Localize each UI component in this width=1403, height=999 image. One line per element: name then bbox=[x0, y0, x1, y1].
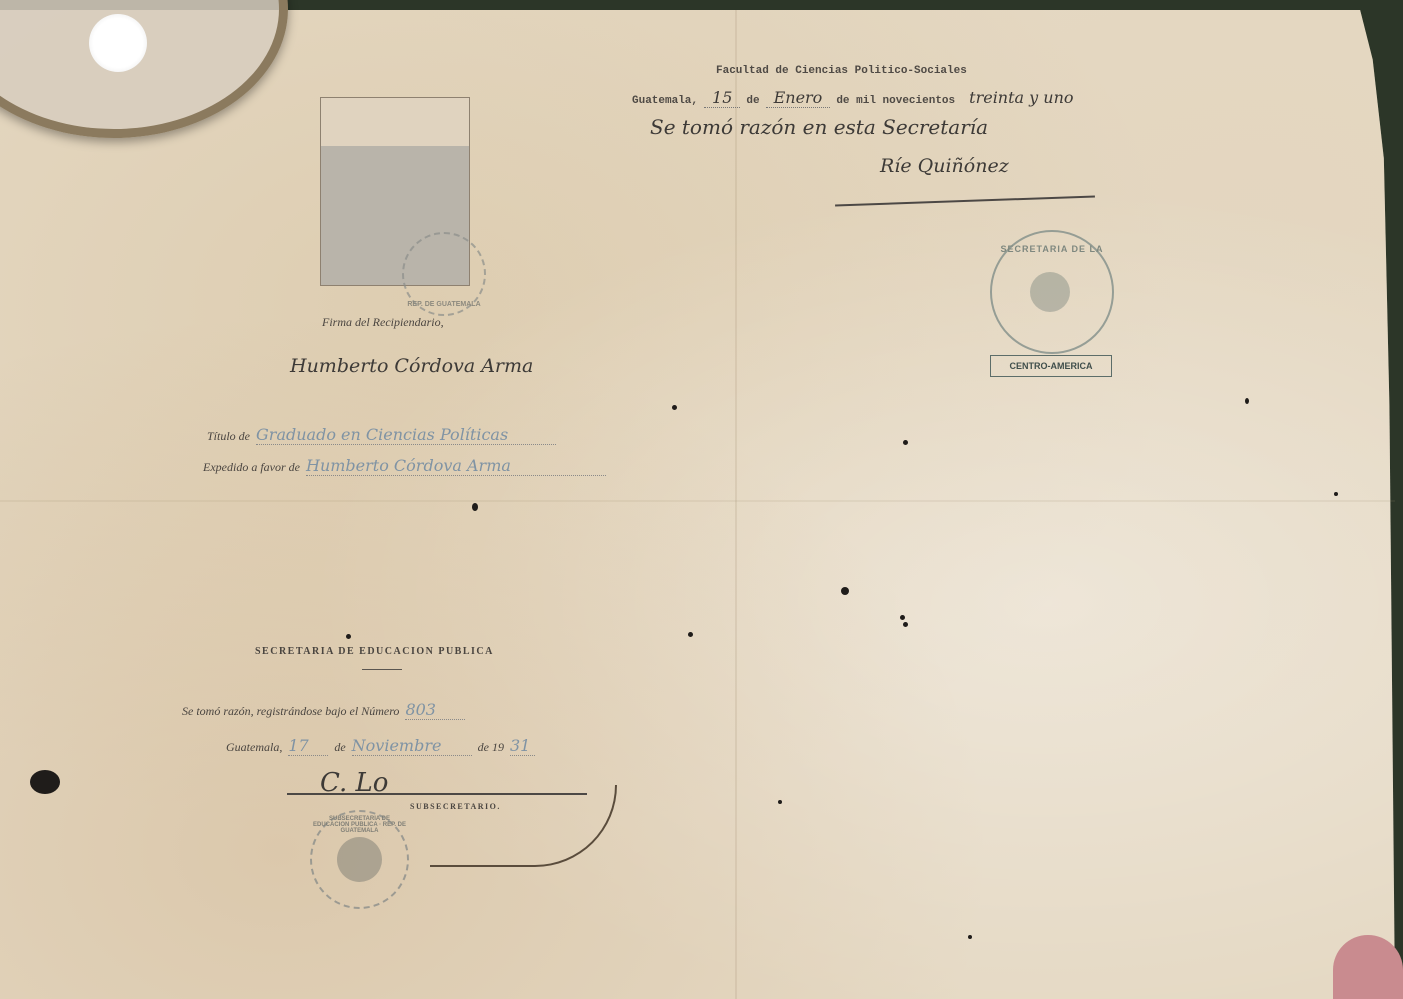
coat-of-arms-icon bbox=[1030, 272, 1070, 312]
date-city: Guatemala, bbox=[632, 95, 698, 107]
ink-spot bbox=[672, 405, 677, 410]
ink-spot bbox=[1245, 398, 1249, 404]
numero-value: 803 bbox=[405, 700, 465, 720]
seal-text: SECRETARIA DE LA bbox=[992, 244, 1112, 254]
expedido-label: Expedido a favor de bbox=[203, 460, 300, 475]
date-de-1: de bbox=[746, 95, 759, 107]
fecha-de-1: de bbox=[334, 740, 345, 755]
ink-spot bbox=[1334, 492, 1338, 496]
registry-signature: Ríe Quiñónez bbox=[880, 155, 1009, 177]
fecha-day: 17 bbox=[288, 736, 328, 756]
ink-spot bbox=[900, 615, 905, 620]
ink-spot bbox=[688, 632, 693, 637]
expedido-value: Humberto Córdova Arma bbox=[306, 456, 606, 476]
ink-spot bbox=[841, 587, 849, 595]
ink-spot bbox=[778, 800, 782, 804]
document-sheet bbox=[0, 10, 1395, 999]
subsecretario-label: SUBSECRETARIO. bbox=[410, 802, 501, 811]
finger-holding-page bbox=[1333, 935, 1403, 999]
title-rule bbox=[362, 669, 402, 670]
fold-crease-horizontal bbox=[0, 500, 1395, 502]
fecha-month: Noviembre bbox=[352, 736, 472, 756]
titulo-label: Título de bbox=[207, 429, 250, 444]
expedido-row: Expedido a favor de Humberto Córdova Arm… bbox=[203, 456, 606, 476]
magnifier-knob bbox=[89, 14, 147, 72]
numero-label: Se tomó razón, registrándose bajo el Núm… bbox=[182, 704, 399, 719]
photo-seal-icon: REP. DE GUATEMALA bbox=[402, 232, 486, 316]
header-date-line: Guatemala, 15 de Enero de mil noveciento… bbox=[632, 88, 1082, 108]
ink-spot bbox=[346, 634, 351, 639]
ink-spot bbox=[30, 770, 60, 794]
faculty-heading: Facultad de Ciencias Politico-Sociales bbox=[716, 65, 967, 77]
date-day: 15 bbox=[704, 88, 740, 108]
date-month: Enero bbox=[766, 88, 831, 108]
registro-fecha-row: Guatemala, 17 de Noviembre de 19 31 bbox=[226, 736, 535, 756]
secretaria-seal-icon: SECRETARIA DE LA bbox=[990, 230, 1114, 354]
educacion-seal-icon: SUBSECRETARIA DE EDUCACION PUBLICA · REP… bbox=[310, 810, 409, 909]
ink-spot bbox=[968, 935, 972, 939]
ink-spot bbox=[903, 440, 908, 445]
seal-ribbon: CENTRO-AMERICA bbox=[990, 355, 1112, 377]
coat-of-arms-icon bbox=[337, 837, 382, 882]
recipient-label: Firma del Recipiendario, bbox=[322, 315, 444, 330]
ink-spot bbox=[472, 503, 478, 511]
registry-note: Se tomó razón en esta Secretaría bbox=[650, 115, 988, 139]
fold-crease-vertical bbox=[735, 10, 737, 999]
fecha-de-2: de 19 bbox=[478, 740, 504, 755]
secretaria-educacion-title: SECRETARIA DE EDUCACION PUBLICA bbox=[255, 646, 494, 657]
titulo-value: Graduado en Ciencias Políticas bbox=[256, 425, 556, 445]
educacion-seal-text: SUBSECRETARIA DE EDUCACION PUBLICA · REP… bbox=[312, 816, 407, 834]
fecha-city: Guatemala, bbox=[226, 740, 282, 755]
fecha-year: 31 bbox=[510, 736, 535, 756]
photo-seal-text: REP. DE GUATEMALA bbox=[404, 301, 484, 308]
registro-numero-row: Se tomó razón, registrándose bajo el Núm… bbox=[182, 700, 465, 720]
recipient-signature: Humberto Córdova Arma bbox=[290, 355, 533, 377]
titulo-row: Título de Graduado en Ciencias Políticas bbox=[207, 425, 556, 445]
date-de-2: de mil novecientos bbox=[836, 95, 955, 107]
ink-spot bbox=[903, 622, 908, 627]
date-year-words: treinta y uno bbox=[961, 88, 1081, 107]
